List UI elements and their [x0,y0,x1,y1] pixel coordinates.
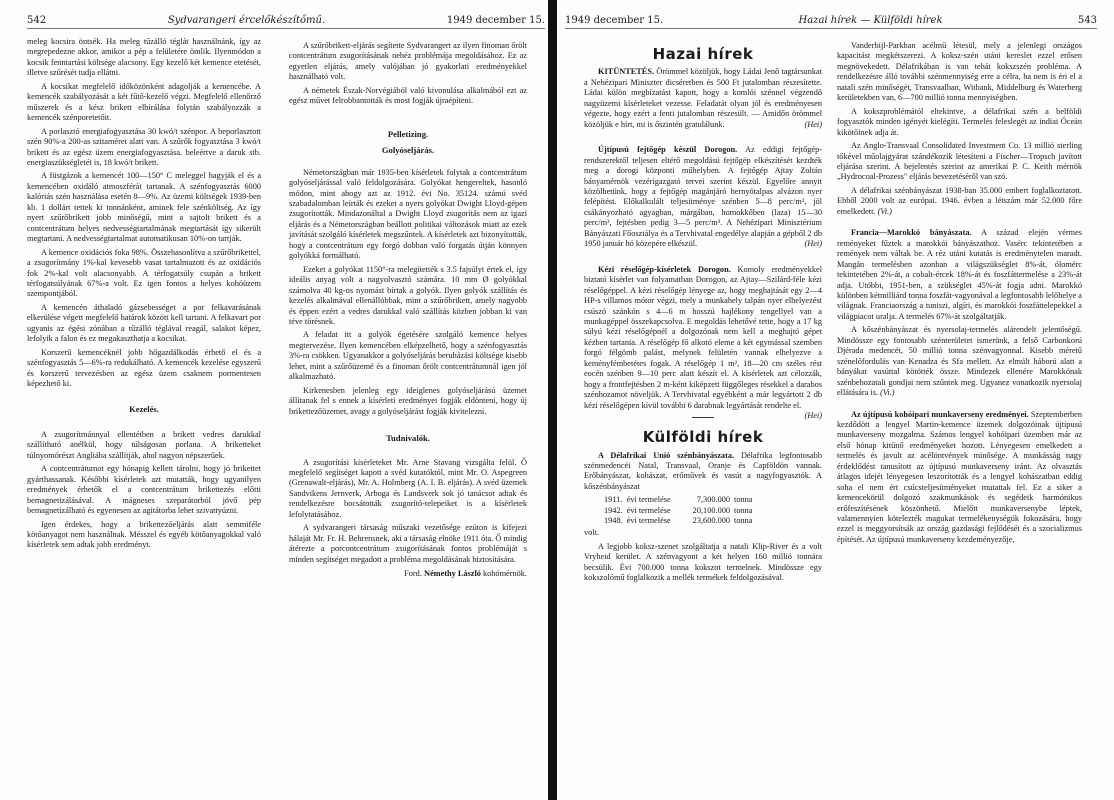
production-label: évi termelése [627,516,675,526]
news-text: A század elején vérmes reményeket fűztek… [837,228,1082,321]
news-item: A Délafrikai Unió szénbányászata. Délafr… [584,451,822,493]
news-lead: A Délafrikai Unió szénbányászata. [598,451,734,460]
running-title-left: Sydvarangeri ércelőkészítőmű. [168,15,325,26]
paragraph: Ezeket a golyókat 1150°-ra melegítették … [289,265,527,328]
paragraph: A zsugorítási kísérleteket Mr. Arne Stav… [289,458,527,521]
paragraph: Németországban már 1935-ben kísérletek f… [289,168,527,262]
news-lead: Újtípusú fejtőgép készül Dorogon. [598,145,737,154]
left-page: 542 Sydvarangeri ércelőkészítőmű. 1949 d… [0,0,548,800]
production-unit: tonna [734,506,756,516]
author-tag: (Vi.) [880,388,894,397]
paragraph: A kocsikat megfelelő időközönként adagol… [27,82,261,124]
paragraph-text: A délafrikai szénbányászat 1938-ban 35.0… [837,186,1082,216]
paragraph: A zsugorítmánnyal ellentétben a brikett … [27,430,261,461]
production-row: 1942.évi termelése20,100.000tonna [604,506,756,516]
paragraph: Vanderbijl-Parkban acélmű létesül, mely … [837,41,1082,104]
signature-name: Némethy László [424,569,481,578]
author-tag: (Hei) [790,239,822,249]
section-title-kulfoldi-hirek: Külföldi hírek [584,432,822,442]
paragraph: A contcentrátumot egy hónapig kellett tá… [27,464,261,516]
section-title-hazai-hirek: Hazai hírek [584,49,822,59]
running-head-left: 542 Sydvarangeri ércelőkészítőmű. 1949 d… [27,10,545,29]
news-item: KITÜNTETÉS. Örömmel közöljük, hogy Ládai… [584,67,822,130]
news-item: Újtípusú fejtőgép készül Dorogon. Az edd… [584,145,822,250]
news-item: Az újtípusú kohóipari munkaverseny eredm… [837,410,1082,546]
paragraph: Az Anglo-Transvaal Consolidated Investme… [837,141,1082,183]
paragraph: Igen érdekes, hogy a brikettezőeljárás a… [27,520,261,551]
production-year: 1911. [604,495,627,505]
right-page: 1949 december 15. Hazai hírek — Külföldi… [557,0,1114,800]
production-amount: 7,300.000 [675,495,734,505]
paragraph: A kemencén áthaladó gázsebességet a por … [27,303,261,345]
paragraph: A kokszproblémától eltekintve, a délafri… [837,107,1082,138]
news-text: Komoly eredményekkel biztató kísérlet va… [584,265,822,410]
paragraph: A porlasztó energiafogyasztása 30 kwó/t … [27,127,261,169]
page-number-right: 543 [1078,15,1097,26]
running-head-right: 1949 december 15. Hazai hírek — Külföldi… [565,10,1097,29]
news-text: Az eddigi fejtőgép-rendszerektől teljese… [584,145,822,248]
news-lead: Francia—Marokkó bányászata. [851,228,972,237]
production-unit: tonna [734,495,756,505]
paragraph: Kirkenesben jelenleg egy ideiglenes goly… [289,386,527,417]
issue-date-right: 1949 december 15. [565,15,663,26]
paragraph: A délafrikai szénbányászat 1938-ban 35.0… [837,186,1082,217]
production-row: 1948.évi termelése23,600.000tonna [604,516,756,526]
subheading-kezeles: Kezelés. [27,404,261,414]
production-amount: 23,600.000 [675,516,734,526]
production-label: évi termelése [627,495,675,505]
page-number-left: 542 [27,15,46,26]
paragraph: A legjobb koksz-szenet szolgáltatja a na… [584,542,822,584]
news-lead: Az újtípusú kohóipari munkaverseny eredm… [851,410,1029,419]
production-unit: tonna [734,516,756,526]
paragraph: A füstgázok a kemencét 100—150° C melegg… [27,171,261,244]
author-tag: (Hei) [790,411,822,421]
news-lead: KITÜNTETÉS. [598,67,654,76]
subheading-pelletizing: Pelletizing. [289,129,527,139]
subheading-tudnivalok: Tudnivalók. [289,433,527,443]
paragraph: A németek Észak-Norvégiából való kivonul… [289,86,527,107]
issue-date-left: 1949 december 15. [447,15,545,26]
production-row: 1911.évi termelése7,300.000tonna [604,495,756,505]
paragraph: A kőszénbányászat és nyersolaj-termelés … [837,325,1082,398]
paragraph: volt. [584,528,822,538]
right-column-2: Vanderbijl-Parkban acélmű létesül, mely … [837,41,1082,548]
news-item: Kézi réselőgép-kísérletek Dorogon. Komol… [584,265,822,411]
production-table: 1911.évi termelése7,300.000tonna1942.évi… [604,495,756,526]
paragraph: Korszerű kemencéknél jobb hőgazdálkodás … [27,348,261,390]
author-tag: (Hei) [790,120,822,130]
running-title-right: Hazai hírek — Külföldi hírek [799,15,943,26]
signature-prefix: Ford. [404,569,422,578]
translator-signature: Ford. Némethy László kohómérnök. [289,569,527,579]
paragraph: A kemence oxidációs foka 98%. Összehason… [27,248,261,300]
subheading-golyoseljaras: Golyóseljárás. [289,145,527,155]
paragraph: A sydvarangeri társaság műszaki vezetősé… [289,523,527,565]
paragraph: A feladat itt a golyók égetésére szolgál… [289,330,527,382]
paragraph: meleg kocsira öntsék. Ha meleg tűzálló t… [27,37,261,79]
signature-suffix: kohómérnök. [483,569,527,578]
production-year: 1948. [604,516,627,526]
paragraph: A szűrőbrikett-eljárás segítette Sydvara… [289,41,527,83]
news-lead: Kézi réselőgép-kísérletek Dorogon. [598,265,731,274]
author-tag: (Vi.) [878,207,892,216]
left-column-1: meleg kocsira öntsék. Ha meleg tűzálló t… [27,37,261,554]
production-amount: 20,100.000 [675,506,734,516]
news-item: Francia—Marokkó bányászata. A század ele… [837,228,1082,322]
production-year: 1942. [604,506,627,516]
left-column-2: A szűrőbrikett-eljárás segítette Sydvara… [289,41,527,579]
news-text: Szeptemberben kezdődött a lengyel Martin… [837,410,1082,544]
book-gutter [548,0,557,800]
production-label: évi termelése [627,506,675,516]
right-column-1: Hazai hírek KITÜNTETÉS. Örömmel közöljük… [584,37,822,586]
paragraph-text: A kőszénbányászat és nyersolaj-termelés … [837,325,1082,397]
news-text: Örömmel közöljük, hogy Ládai Jenő tagtár… [584,67,822,128]
section-divider [692,417,714,418]
